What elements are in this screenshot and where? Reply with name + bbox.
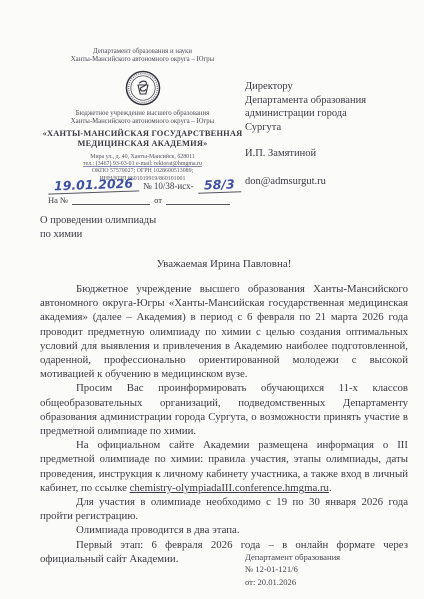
addressee-org-line-1: Департамента образования [245, 94, 415, 108]
stamp-date: от: 20.01.2026 [245, 576, 415, 588]
authority-line-2: Ханты-Мансийского автономного округа – Ю… [30, 56, 255, 64]
addressee-org-line-2: администрации города [245, 107, 415, 121]
org-type-line-2: Ханты-Мансийского автономного округа – Ю… [30, 118, 255, 126]
letter-body: Бюджетное учреждение высшего образования… [40, 282, 408, 566]
authority-name: Департамент образования и науки Ханты-Ма… [30, 48, 255, 65]
reply-date-blank [166, 195, 230, 205]
subject-line-2: по химии [40, 228, 240, 242]
reference-row: 19.01.2026 № 10/38-исх- 58/3 [48, 178, 258, 193]
reply-number-blank [72, 195, 150, 205]
stamp-number: № 12-01-121/6 [245, 563, 415, 575]
authority-line-1: Департамент образования и науки [30, 48, 255, 56]
org-name: «ХАНТЫ-МАНСИЙСКАЯ ГОСУДАРСТВЕННАЯ МЕДИЦИ… [30, 129, 255, 149]
paragraph-2: Просим Вас проинформировать обучающихся … [40, 381, 408, 438]
addressee-block: Директору Департамента образования админ… [245, 80, 415, 189]
letterhead: Департамент образования и науки Ханты-Ма… [30, 48, 255, 183]
org-name-line-1: «ХАНТЫ-МАНСИЙСКАЯ ГОСУДАРСТВЕННАЯ [30, 129, 255, 139]
subject-line-1: О проведении олимпиады [40, 214, 240, 228]
addressee-title: Директору [245, 80, 415, 94]
registration-stamp: Департамент образования № 12-01-121/6 от… [245, 551, 415, 588]
outgoing-number-label: № 10/38-исх- [143, 181, 194, 193]
paragraph-3: На официальном сайте Академии размещена … [40, 438, 408, 495]
paragraph-1: Бюджетное учреждение высшего образования… [40, 282, 408, 381]
org-okpo-ogrn: ОКПО 57579027; ОГРН 1028600513089; [30, 168, 255, 175]
paragraph-3-period: . [329, 482, 332, 494]
addressee-org-line-3: Сургута [245, 121, 415, 135]
scanned-letter-page: Департамент образования и науки Ханты-Ма… [0, 0, 424, 599]
org-type: Бюджетное учреждение высшего образования… [30, 110, 255, 127]
handwritten-date: 19.01.2026 [48, 176, 140, 194]
reply-date-label: от [154, 195, 162, 205]
salutation: Уважаемая Ирина Павловна! [40, 258, 408, 270]
org-phone-email: тел.: (3467) 93-03-01 e-mail: rektorat@h… [30, 161, 255, 168]
handwritten-number: 58/3 [197, 177, 240, 193]
org-type-line-1: Бюджетное учреждение высшего образования [30, 110, 255, 118]
olympiad-link: chemistry-olympiadaIII.conference.hmgma.… [130, 482, 329, 494]
paragraph-4: Для участия в олимпиаде необходимо с 19 … [40, 495, 408, 523]
academy-emblem [125, 70, 161, 106]
paragraph-5: Олимпиада проводится в два этапа. [40, 523, 408, 537]
addressee-email: don@admsurgut.ru [245, 175, 415, 189]
org-name-line-2: МЕДИЦИНСКАЯ АКАДЕМИЯ» [30, 139, 255, 149]
reply-reference-row: На № от [48, 195, 258, 205]
addressee-name: И.П. Замятиной [245, 147, 415, 161]
letter-subject: О проведении олимпиады по химии [40, 214, 240, 242]
bowl-of-hygieia-icon [125, 70, 161, 106]
reply-number-label: На № [48, 195, 68, 205]
stamp-department: Департамент образования [245, 551, 415, 563]
